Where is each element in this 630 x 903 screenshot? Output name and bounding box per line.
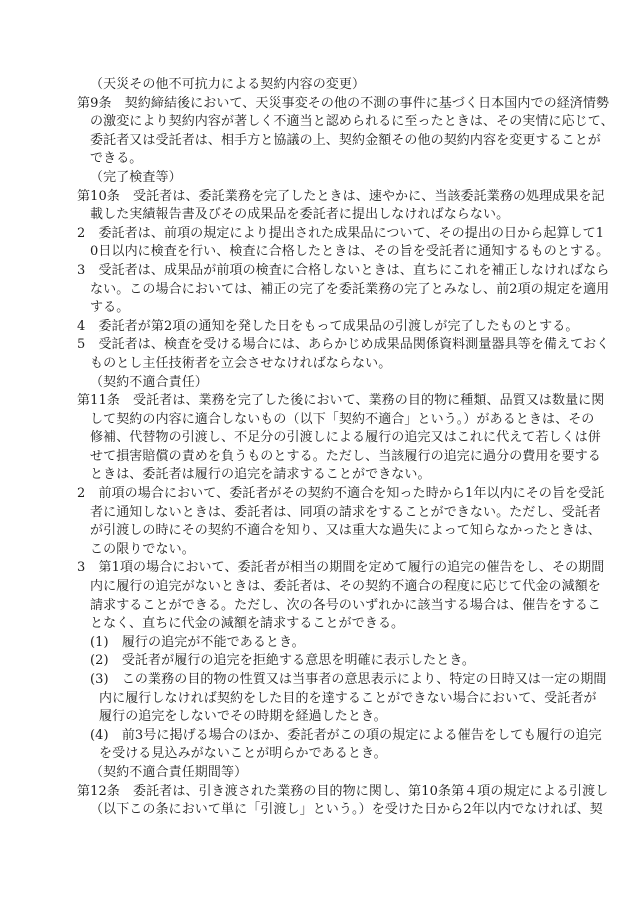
document-line: （完了検査等）: [77, 169, 577, 188]
document-line: する。: [77, 299, 577, 318]
document-line: 委託者又は受託者は、相手方と協議の上、契約金額その他の契約内容を変更することが: [77, 132, 577, 151]
document-line: 第11条 受託者は、業務を完了した後において、業務の目的物に種類、品質又は数量に…: [77, 392, 577, 411]
document-line: 履行の追完をしないでその時期を経過したとき。: [77, 708, 577, 727]
document-line: (1) 履行の追完が不能であるとき。: [77, 634, 577, 653]
document-line: せて損害賠償の責めを負うものとする。ただし、当該履行の追完に過分の費用を要する: [77, 448, 577, 467]
document-line: 内に履行の追完がないときは、委託者は、その契約不適合の程度に応じて代金の減額を: [77, 578, 577, 597]
document-line: 修補、代替物の引渡し、不足分の引渡しによる履行の追完又はこれに代えて若しくは併: [77, 429, 577, 448]
document-line: 2 委託者は、前項の規定により提出された成果品について、その提出の日から起算して…: [77, 225, 577, 244]
document-line: できる。: [77, 150, 577, 169]
document-line: ときは、委託者は履行の追完を請求することができない。: [77, 466, 577, 485]
document-line: となく、直ちに代金の減額を請求することができる。: [77, 615, 577, 634]
document-line: 請求することができる。ただし、次の各号のいずれかに該当する場合は、催告をするこ: [77, 597, 577, 616]
document-line: この限りでない。: [77, 541, 577, 560]
document-line: 載した実績報告書及びその成果品を委託者に提出しなければならない。: [77, 206, 577, 225]
document-line: 5 受託者は、検査を受ける場合には、あらかじめ成果品関係資料測量器具等を備えてお…: [77, 336, 577, 355]
document-line: (2) 受託者が履行の追完を拒絶する意思を明確に表示したとき。: [77, 652, 577, 671]
document-page: （天災その他不可抗力による契約内容の変更）第9条 契約締結後において、天災事変そ…: [0, 0, 630, 903]
document-line: を受ける見込みがないことが明らかであるとき。: [77, 745, 577, 764]
document-line: （契約不適合責任）: [77, 374, 577, 393]
document-line: が引渡しの時にその契約不適合を知り、又は重大な過失によって知らなかったときは、: [77, 522, 577, 541]
document-line: （契約不適合責任期間等）: [77, 764, 577, 783]
document-line: 3 受託者は、成果品が前項の検査に合格しないときは、直ちにこれを補正しなければな…: [77, 262, 577, 281]
document-line: 第10条 受託者は、委託業務を完了したときは、速やかに、当該委託業務の処理成果を…: [77, 188, 577, 207]
document-line: 2 前項の場合において、委託者がその契約不適合を知った時から1年以内にその旨を受…: [77, 485, 577, 504]
document-line: （天災その他不可抗力による契約内容の変更）: [77, 76, 577, 95]
document-line: 第9条 契約締結後において、天災事変その他の不測の事件に基づく日本国内での経済情…: [77, 95, 577, 114]
document-line: ものとし主任技術者を立会させなければならない。: [77, 355, 577, 374]
document-line: 内に履行しなければ契約をした目的を達することができない場合において、受託者が: [77, 690, 577, 709]
document-line: の激変により契約内容が著しく不適当と認められるに至ったときは、その実情に応じて、: [77, 113, 577, 132]
document-line: (3) この業務の目的物の性質又は当事者の意思表示により、特定の日時又は一定の期…: [77, 671, 577, 690]
document-line: ない。この場合においては、補正の完了を委託業務の完了とみなし、前2項の規定を適用: [77, 281, 577, 300]
document-line: (4) 前3号に掲げる場合のほか、委託者がこの項の規定による催告をしても履行の追…: [77, 727, 577, 746]
document-line: して契約の内容に適合しないもの（以下「契約不適合」という。）があるときは、その: [77, 411, 577, 430]
document-line: 者に通知しないときは、委託者は、同項の請求をすることができない。ただし、受託者: [77, 504, 577, 523]
document-line: 3 第1項の場合において、委託者が相当の期間を定めて履行の追完の催告をし、その期…: [77, 559, 577, 578]
document-line: 0日以内に検査を行い、検査に合格したときは、その旨を受託者に通知するものとする。: [77, 243, 577, 262]
document-line: 4 委託者が第2項の通知を発した日をもって成果品の引渡しが完了したものとする。: [77, 318, 577, 337]
document-line: 第12条 委託者は、引き渡された業務の目的物に関し、第10条第４項の規定による引…: [77, 783, 577, 802]
document-line: （以下この条において単に「引渡し」という。）を受けた日から2年以内でなければ、契: [77, 801, 577, 820]
contract-text-body: （天災その他不可抗力による契約内容の変更）第9条 契約締結後において、天災事変そ…: [77, 76, 577, 820]
